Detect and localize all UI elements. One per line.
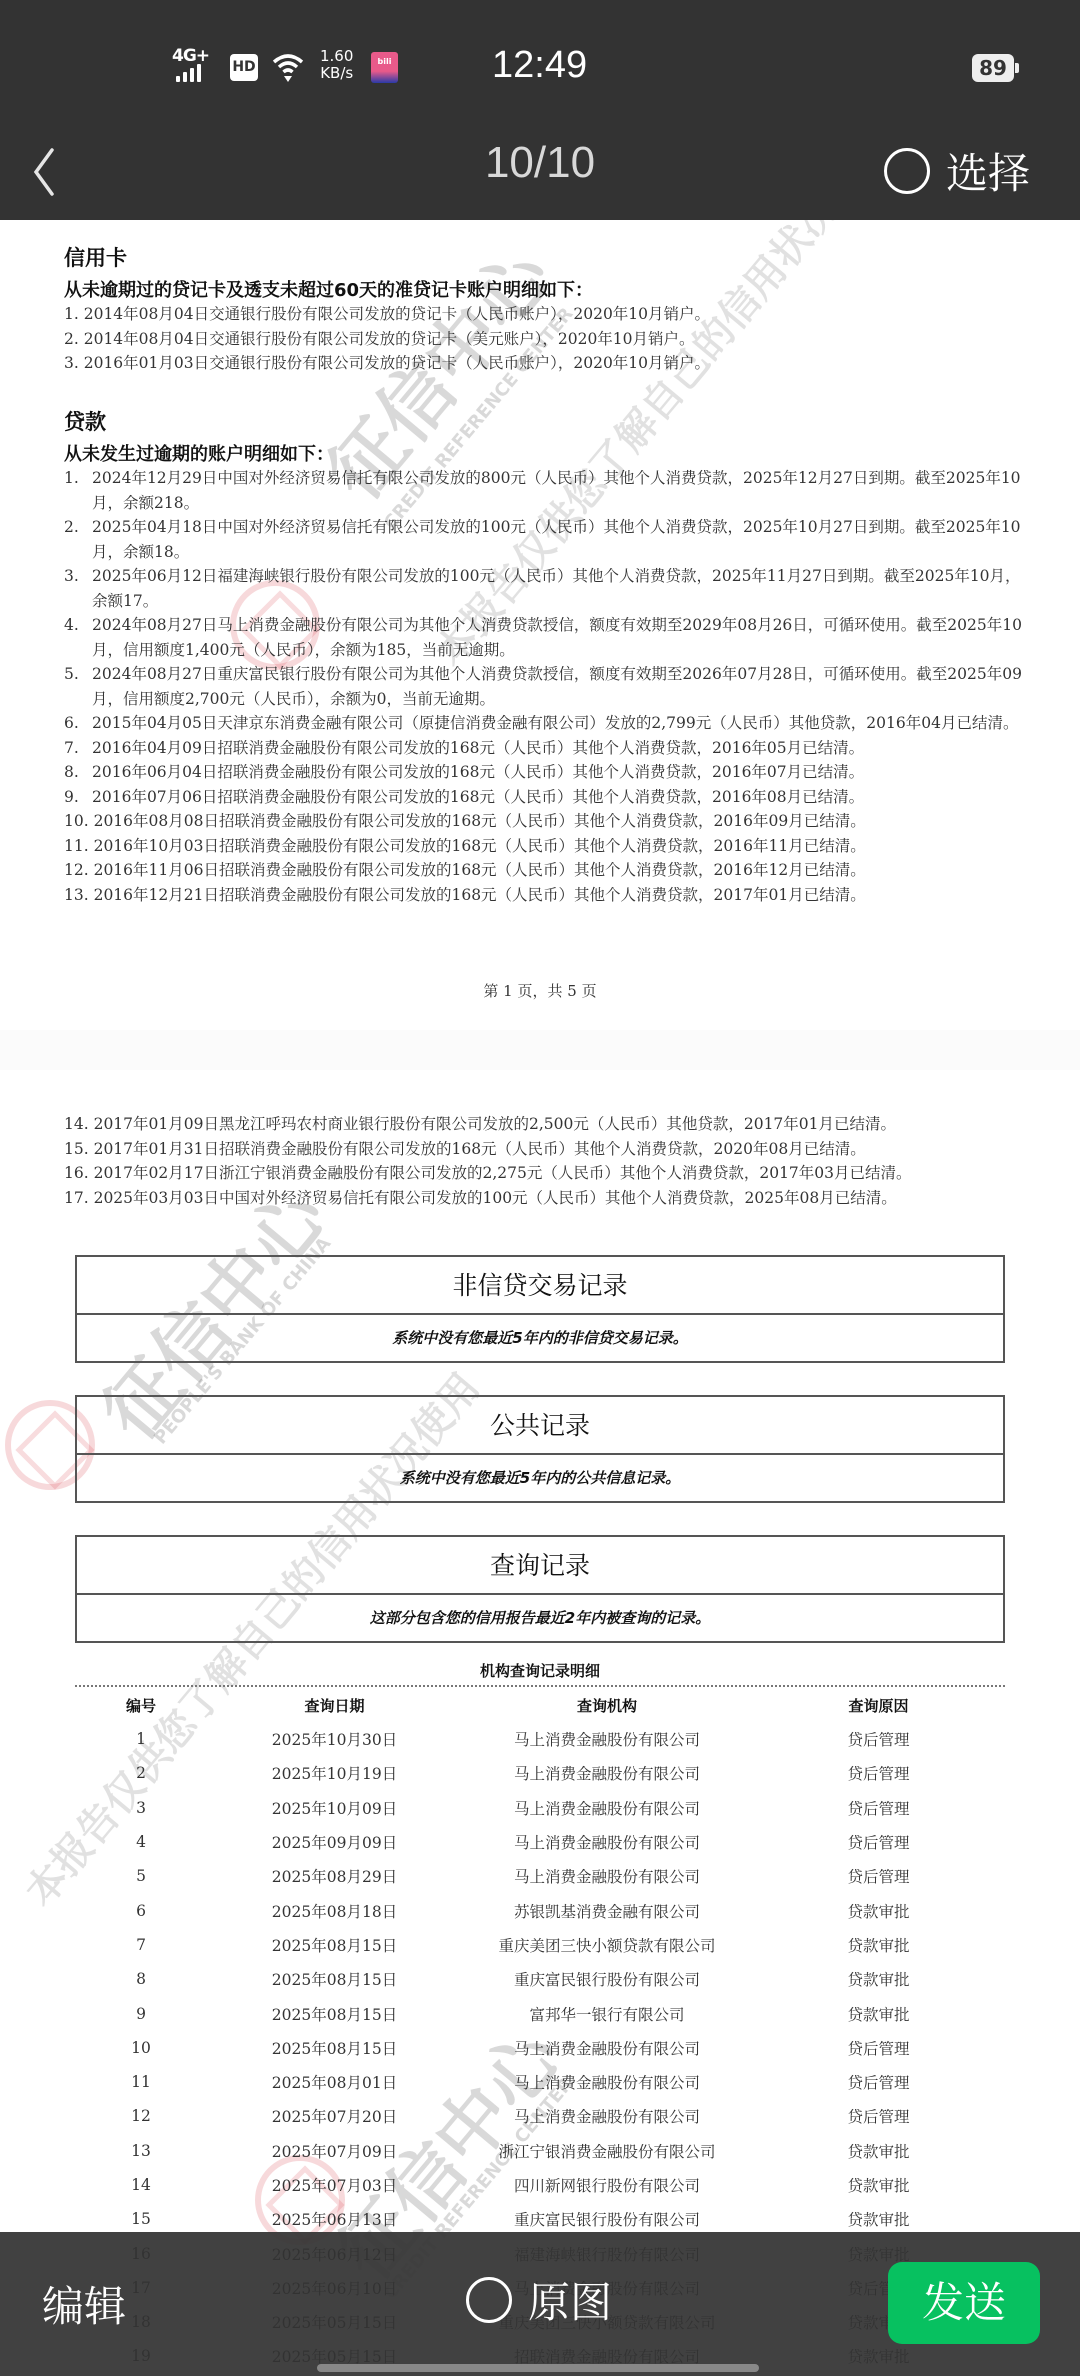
cell-reason: 贷后管理 xyxy=(752,1791,1005,1825)
cell-reason: 贷款审批 xyxy=(752,1928,1005,1962)
cell-institution: 四川新网银行股份有限公司 xyxy=(462,2168,752,2202)
cell-institution: 马上消费金融股份有限公司 xyxy=(462,1825,752,1859)
cell-number: 14 xyxy=(75,2168,207,2202)
list-item: 16. 2017年02月17日浙江宁银消费金融股份有限公司发放的2,275元（人… xyxy=(64,1161,1024,1186)
cell-institution: 马上消费金融股份有限公司 xyxy=(462,1791,752,1825)
list-item: 2. 2014年08月04日交通银行股份有限公司发放的贷记卡（美元账户），202… xyxy=(64,327,1024,352)
cell-institution: 苏银凯基消费金融有限公司 xyxy=(462,1893,752,1927)
bottom-action-bar: 编辑 原图 发送 xyxy=(0,2232,1080,2376)
list-item: 10. 2016年08月08日招联消费金融股份有限公司发放的168元（人民币）其… xyxy=(64,809,1024,834)
table-row: 52025年08月29日马上消费金融股份有限公司贷后管理 xyxy=(75,1859,1005,1893)
box-body: 系统中没有您最近5年内的公共信息记录。 xyxy=(77,1455,1003,1501)
cell-number: 4 xyxy=(75,1825,207,1859)
send-button[interactable]: 发送 xyxy=(888,2262,1040,2344)
list-item: 6.2015年04月05日天津京东消费金融有限公司（原捷信消费金融有限公司）发放… xyxy=(64,711,1024,736)
table-row: 12025年10月30日马上消费金融股份有限公司贷后管理 xyxy=(75,1722,1005,1756)
table-row: 122025年07月20日马上消费金融股份有限公司贷后管理 xyxy=(75,2099,1005,2133)
cell-date: 2025年08月15日 xyxy=(207,2031,462,2065)
table-caption: 机构查询记录明细 xyxy=(0,1660,1080,1681)
cell-number: 11 xyxy=(75,2065,207,2099)
image-viewer-header: 10/10 选择 xyxy=(0,130,1080,220)
dotted-divider xyxy=(75,1685,1005,1687)
cell-date: 2025年10月19日 xyxy=(207,1756,462,1790)
cell-institution: 重庆美团三快小额贷款有限公司 xyxy=(462,1928,752,1962)
cell-number: 3 xyxy=(75,1791,207,1825)
cell-institution: 马上消费金融股份有限公司 xyxy=(462,1859,752,1893)
cell-number: 10 xyxy=(75,2031,207,2065)
loans-section: 贷款 从未发生过逾期的账户明细如下： 1.2024年12月29日中国对外经济贸易… xyxy=(64,406,1024,907)
list-item: 12. 2016年11月06日招联消费金融股份有限公司发放的168元（人民币）其… xyxy=(64,858,1024,883)
column-header-reason: 查询原因 xyxy=(752,1688,1005,1722)
cell-date: 2025年07月20日 xyxy=(207,2099,462,2133)
table-row: 82025年08月15日重庆富民银行股份有限公司贷款审批 xyxy=(75,1962,1005,1996)
section-title: 信用卡 xyxy=(64,242,1024,272)
cell-reason: 贷款审批 xyxy=(752,2134,1005,2168)
list-item: 8.2016年06月04日招联消费金融股份有限公司发放的168元（人民币）其他个… xyxy=(64,760,1024,785)
non-credit-records-box: 非信贷交易记录 系统中没有您最近5年内的非信贷交易记录。 xyxy=(75,1255,1005,1363)
list-item: 11. 2016年10月03日招联消费金融股份有限公司发放的168元（人民币）其… xyxy=(64,834,1024,859)
table-row: 132025年07月09日浙江宁银消费金融股份有限公司贷款审批 xyxy=(75,2134,1005,2168)
credit-card-section: 信用卡 从未逾期过的贷记卡及透支未超过60天的准贷记卡账户明细如下： 1. 20… xyxy=(64,242,1024,376)
section-subtitle: 从未逾期过的贷记卡及透支未超过60天的准贷记卡账户明细如下： xyxy=(64,276,1024,302)
list-item: 5.2024年08月27日重庆富民银行股份有限公司为其他个人消费贷款授信，额度有… xyxy=(64,662,1024,711)
radio-circle-icon xyxy=(884,148,930,194)
cell-reason: 贷款审批 xyxy=(752,1893,1005,1927)
cell-reason: 贷后管理 xyxy=(752,1722,1005,1756)
edit-button[interactable]: 编辑 xyxy=(42,2274,126,2334)
table-row: 32025年10月09日马上消费金融股份有限公司贷后管理 xyxy=(75,1791,1005,1825)
list-item: 7.2016年04月09日招联消费金融股份有限公司发放的168元（人民币）其他个… xyxy=(64,736,1024,761)
clock: 12:49 xyxy=(492,44,587,87)
list-item: 3. 2016年01月03日交通银行股份有限公司发放的贷记卡（人民币账户），20… xyxy=(64,351,1024,376)
wifi-icon xyxy=(272,52,304,82)
hd-voice-icon: HD xyxy=(230,54,258,81)
cell-reason: 贷后管理 xyxy=(752,2031,1005,2065)
cell-reason: 贷款审批 xyxy=(752,1962,1005,1996)
cell-institution: 富邦华一银行有限公司 xyxy=(462,1996,752,2030)
query-records-box: 查询记录 这部分包含您的信用报告最近2年内被查询的记录。 xyxy=(75,1535,1005,1643)
document-image[interactable]: 征信中心 CREDIT REFERENCE CENTER 本报告仅供您了解自己的… xyxy=(0,220,1080,2376)
cellular-signal-icon: 4G+ xyxy=(172,48,214,82)
status-bar: 4G+ HD 1.60 KB/s bili 12:49 89 xyxy=(0,0,1080,130)
original-image-label: 原图 xyxy=(528,2270,612,2330)
table-row: 102025年08月15日马上消费金融股份有限公司贷后管理 xyxy=(75,2031,1005,2065)
cell-number: 6 xyxy=(75,1893,207,1927)
loans-continued: 14. 2017年01月09日黑龙江呼玛农村商业银行股份有限公司发放的2,500… xyxy=(64,1112,1024,1210)
cell-number: 12 xyxy=(75,2099,207,2133)
table-row: 72025年08月15日重庆美团三快小额贷款有限公司贷款审批 xyxy=(75,1928,1005,1962)
original-image-toggle[interactable]: 原图 xyxy=(466,2270,612,2330)
box-title: 非信贷交易记录 xyxy=(77,1257,1003,1315)
cell-date: 2025年08月29日 xyxy=(207,1859,462,1893)
box-title: 查询记录 xyxy=(77,1537,1003,1595)
cell-reason: 贷后管理 xyxy=(752,1825,1005,1859)
cell-date: 2025年08月15日 xyxy=(207,1928,462,1962)
table-row: 22025年10月19日马上消费金融股份有限公司贷后管理 xyxy=(75,1756,1005,1790)
cell-date: 2025年08月18日 xyxy=(207,1893,462,1927)
cell-date: 2025年10月09日 xyxy=(207,1791,462,1825)
table-header-row: 编号 查询日期 查询机构 查询原因 xyxy=(75,1688,1005,1722)
cell-institution: 马上消费金融股份有限公司 xyxy=(462,2065,752,2099)
cell-reason: 贷后管理 xyxy=(752,2065,1005,2099)
page-break xyxy=(0,1030,1080,1070)
cell-reason: 贷后管理 xyxy=(752,1756,1005,1790)
table-row: 42025年09月09日马上消费金融股份有限公司贷后管理 xyxy=(75,1825,1005,1859)
list-item: 13. 2016年12月21日招联消费金融股份有限公司发放的168元（人民币）其… xyxy=(64,883,1024,908)
cell-institution: 马上消费金融股份有限公司 xyxy=(462,2031,752,2065)
list-item: 1. 2014年08月04日交通银行股份有限公司发放的贷记卡（人民币账户），20… xyxy=(64,302,1024,327)
cell-number: 9 xyxy=(75,1996,207,2030)
cell-number: 13 xyxy=(75,2134,207,2168)
cell-number: 7 xyxy=(75,1928,207,1962)
list-item: 3.2025年06月12日福建海峡银行股份有限公司发放的100元（人民币）其他个… xyxy=(64,564,1024,613)
select-label: 选择 xyxy=(946,141,1030,201)
cell-reason: 贷款审批 xyxy=(752,1996,1005,2030)
select-toggle[interactable]: 选择 xyxy=(884,136,1030,206)
public-records-box: 公共记录 系统中没有您最近5年内的公共信息记录。 xyxy=(75,1395,1005,1503)
box-body: 系统中没有您最近5年内的非信贷交易记录。 xyxy=(77,1315,1003,1361)
list-item: 1.2024年12月29日中国对外经济贸易信托有限公司发放的800元（人民币）其… xyxy=(64,466,1024,515)
cell-number: 8 xyxy=(75,1962,207,1996)
cell-date: 2025年08月15日 xyxy=(207,1962,462,1996)
list-item: 15. 2017年01月31日招联消费金融股份有限公司发放的168元（人民币）其… xyxy=(64,1137,1024,1162)
list-item: 14. 2017年01月09日黑龙江呼玛农村商业银行股份有限公司发放的2,500… xyxy=(64,1112,1024,1137)
radio-circle-icon xyxy=(466,2277,512,2323)
column-header-number: 编号 xyxy=(75,1688,207,1722)
cell-date: 2025年08月01日 xyxy=(207,2065,462,2099)
list-item: 17. 2025年03月03日中国对外经济贸易信托有限公司发放的100元（人民币… xyxy=(64,1186,1024,1211)
cell-number: 2 xyxy=(75,1756,207,1790)
cell-institution: 马上消费金融股份有限公司 xyxy=(462,1722,752,1756)
table-row: 62025年08月18日苏银凯基消费金融有限公司贷款审批 xyxy=(75,1893,1005,1927)
section-title: 贷款 xyxy=(64,406,1024,436)
column-header-institution: 查询机构 xyxy=(462,1688,752,1722)
cell-number: 1 xyxy=(75,1722,207,1756)
cell-institution: 重庆富民银行股份有限公司 xyxy=(462,1962,752,1996)
column-header-date: 查询日期 xyxy=(207,1688,462,1722)
list-item: 9.2016年07月06日招联消费金融股份有限公司发放的168元（人民币）其他个… xyxy=(64,785,1024,810)
table-row: 112025年08月01日马上消费金融股份有限公司贷后管理 xyxy=(75,2065,1005,2099)
table-row: 142025年07月03日四川新网银行股份有限公司贷款审批 xyxy=(75,2168,1005,2202)
network-type: 4G+ xyxy=(172,46,209,66)
page-footer: 第 1 页，共 5 页 xyxy=(0,980,1080,1001)
list-item: 2.2025年04月18日中国对外经济贸易信托有限公司发放的100元（人民币）其… xyxy=(64,515,1024,564)
app-notification-icon: bili xyxy=(371,52,398,83)
cell-institution: 浙江宁银消费金融股份有限公司 xyxy=(462,2134,752,2168)
box-body: 这部分包含您的信用报告最近2年内被查询的记录。 xyxy=(77,1595,1003,1641)
cell-date: 2025年09月09日 xyxy=(207,1825,462,1859)
cell-reason: 贷后管理 xyxy=(752,2099,1005,2133)
list-item: 4.2024年08月27日马上消费金融股份有限公司为其他个人消费贷款授信，额度有… xyxy=(64,613,1024,662)
section-subtitle: 从未发生过逾期的账户明细如下： xyxy=(64,440,1024,466)
cell-date: 2025年07月03日 xyxy=(207,2168,462,2202)
cell-number: 5 xyxy=(75,1859,207,1893)
cell-reason: 贷款审批 xyxy=(752,2168,1005,2202)
cell-reason: 贷后管理 xyxy=(752,1859,1005,1893)
cell-date: 2025年08月15日 xyxy=(207,1996,462,2030)
cell-institution: 马上消费金融股份有限公司 xyxy=(462,1756,752,1790)
network-speed: 1.60 KB/s xyxy=(320,48,353,82)
cell-date: 2025年10月30日 xyxy=(207,1722,462,1756)
cell-institution: 马上消费金融股份有限公司 xyxy=(462,2099,752,2133)
cell-date: 2025年07月09日 xyxy=(207,2134,462,2168)
table-row: 92025年08月15日富邦华一银行有限公司贷款审批 xyxy=(75,1996,1005,2030)
battery-icon: 89 xyxy=(972,54,1014,82)
box-title: 公共记录 xyxy=(77,1397,1003,1455)
home-indicator[interactable] xyxy=(317,2364,759,2372)
